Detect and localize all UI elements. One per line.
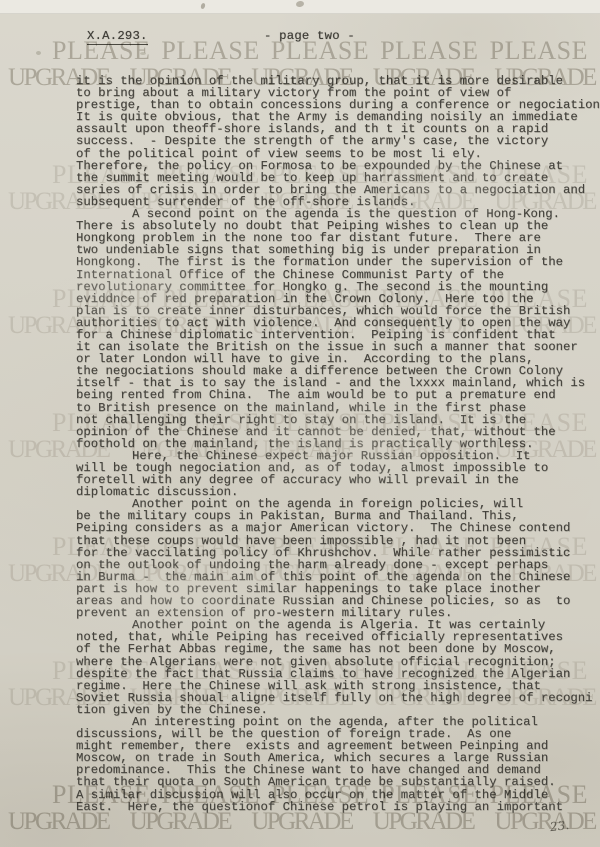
ink-speck [36, 51, 41, 55]
text-line: revolutionary committee for Hongko g. Th… [76, 281, 600, 293]
text-line: being rented from China. The aim would b… [76, 389, 600, 401]
text-line: of the Ferhat Abbas regime, the same has… [76, 643, 600, 655]
scanned-document-page: X.A.293. - page two - it is the opinion … [0, 0, 600, 847]
document-body: it is the opinion of the military group,… [76, 75, 600, 815]
text-line: regime. Here the Chinese will ask with s… [76, 680, 600, 692]
page-number-header: - page two - [264, 29, 355, 43]
ink-speck [140, 52, 146, 55]
text-line: opinion of the Chinese and it cannot be … [76, 426, 600, 438]
text-line: that their quota on South American trade… [76, 776, 600, 788]
text-line: that these coups would have been impossi… [76, 535, 600, 547]
page-header-row: X.A.293. - page two - [0, 29, 600, 45]
text-line: despite the fact that Russia claims to h… [76, 668, 600, 680]
text-line: eviddnce of red preparation in the Crown… [76, 293, 600, 305]
document-reference: X.A.293. [87, 29, 148, 45]
text-line: success. - Despite the strength of the a… [76, 135, 600, 147]
text-line: Peiping considers as a major American vi… [76, 522, 600, 534]
text-line: A similar discussion will also occur on … [76, 789, 600, 801]
text-line: Therefore, the policy on Formosa to be e… [76, 160, 600, 172]
text-line: of the political point of view seems to … [76, 148, 600, 160]
text-line: Hongkong. The first is the formation und… [76, 256, 600, 268]
text-line: not challenging their right to stay on t… [76, 414, 600, 426]
text-line: International Office of the Chinese Comm… [76, 269, 600, 281]
text-line: where the Algerians were not given absol… [76, 656, 600, 668]
text-line: to British presence on the mainland, whi… [76, 402, 600, 414]
text-line: for the vaccilating policy of Khrushchov… [76, 547, 600, 559]
text-line: East. Here, the questionof Chinese petro… [76, 801, 600, 813]
handwritten-page-number: 23. [549, 818, 570, 834]
